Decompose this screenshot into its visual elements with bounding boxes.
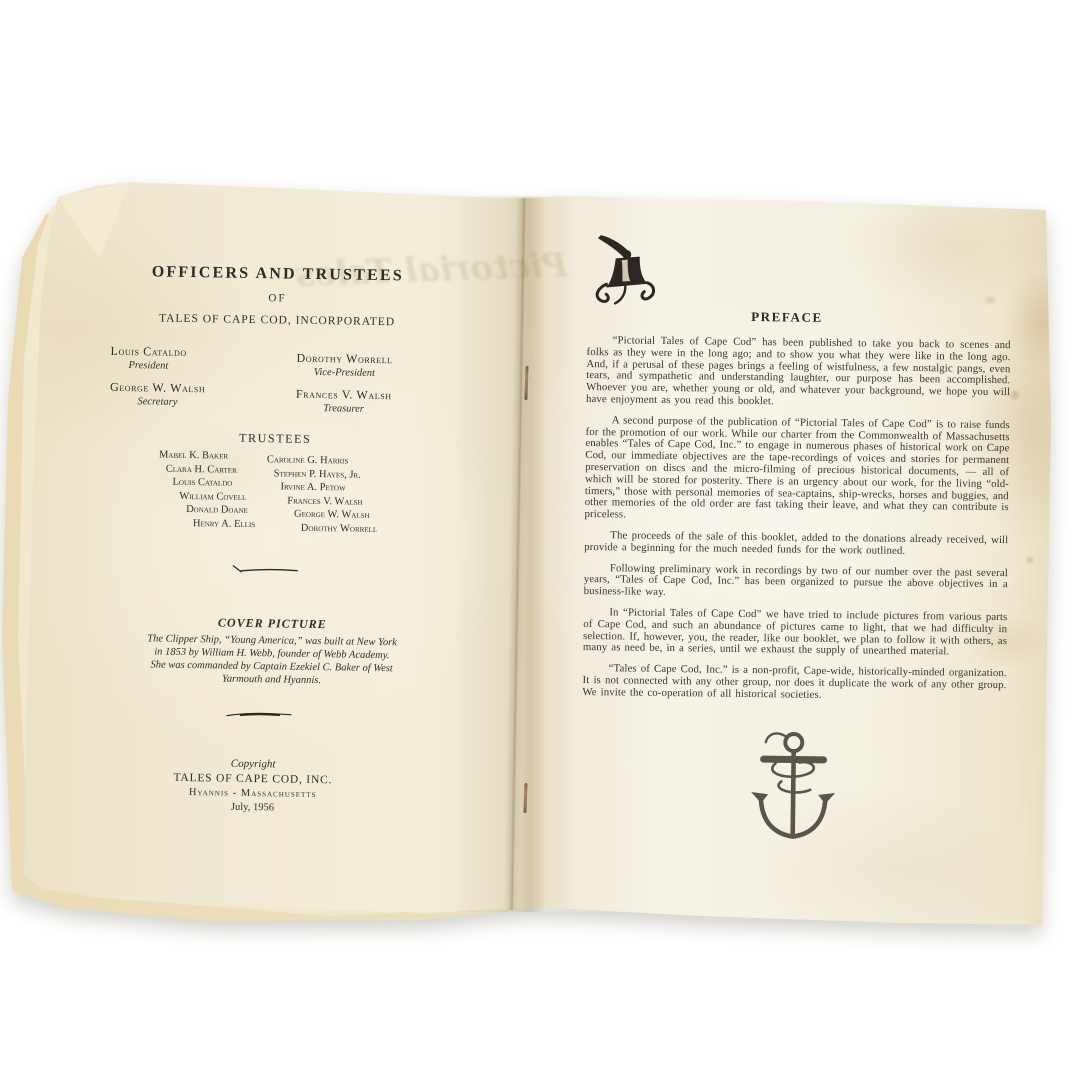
officer-entry: Louis Cataldo President xyxy=(110,344,187,372)
preface-body: “Pictorial Tales of Cape Cod” has been p… xyxy=(582,335,1010,704)
preface-paragraph: “Pictorial Tales of Cape Cod” has been p… xyxy=(586,335,1011,411)
trustee-name: Clara H. Carter xyxy=(166,462,237,477)
officer-entry: Frances V. Walsh Treasurer xyxy=(296,387,392,416)
officer-name: Frances V. Walsh xyxy=(296,387,392,404)
officer-role: President xyxy=(110,360,186,372)
organization-name: TALES OF CAPE COD, INCORPORATED xyxy=(61,311,493,330)
officers-list: Louis Cataldo President Dorothy Worrell … xyxy=(60,343,493,413)
cover-picture-caption: The Clipper Ship, “Young America,” was b… xyxy=(145,632,398,688)
officer-entry: Dorothy Worrell Vice-President xyxy=(296,351,393,380)
subtitle-of: OF xyxy=(61,289,493,308)
cover-picture-heading: COVER PICTURE xyxy=(56,613,488,635)
trustee-name: Louis Cataldo xyxy=(172,476,232,491)
trustees-heading: TRUSTEES xyxy=(59,428,491,450)
officer-role: Treasurer xyxy=(296,403,392,416)
trustees-column-left: Mabel K. BakerClara H. CarterLouis Catal… xyxy=(158,449,267,532)
divider-ornament xyxy=(223,709,295,720)
open-booklet: Pictorial Tales OFFICERS AND TRUSTEES OF… xyxy=(0,0,1080,1080)
officer-entry: George W. Walsh Secretary xyxy=(110,380,206,408)
trustee-name: Caroline G. Harris xyxy=(267,453,349,468)
officer-role: Vice-President xyxy=(296,367,392,380)
preface-paragraph: In “Pictorial Tales of Cape Cod” we have… xyxy=(583,607,1008,659)
trustee-name: Henry A. Ellis xyxy=(193,517,256,532)
trustees-list: Mabel K. BakerClara H. CarterLouis Catal… xyxy=(58,447,491,535)
anchor-icon xyxy=(580,726,1005,853)
officer-name: Louis Cataldo xyxy=(110,344,186,360)
preface-paragraph: The proceeds of the sale of this booklet… xyxy=(584,530,1008,559)
photo-of-open-booklet: Pictorial Tales OFFICERS AND TRUSTEES OF… xyxy=(0,0,1080,1080)
officer-name: George W. Walsh xyxy=(110,380,206,396)
bell-icon xyxy=(587,234,1012,318)
trustee-name: Mabel K. Baker xyxy=(159,449,228,464)
trustee-name: George W. Walsh xyxy=(294,508,370,523)
trustee-name: Stephen P. Hayes, Jr. xyxy=(274,467,361,482)
trustees-column-right: Caroline G. HarrisStephen P. Hayes, Jr.I… xyxy=(266,453,491,538)
left-page: OFFICERS AND TRUSTEES OF TALES OF CAPE C… xyxy=(53,262,494,816)
right-page: PREFACE “Pictorial Tales of Cape Cod” ha… xyxy=(580,234,1011,854)
trustee-name: Irvine A. Petow xyxy=(280,481,345,496)
trustee-name: William Covell xyxy=(179,490,246,505)
officer-name: Dorothy Worrell xyxy=(296,351,392,368)
copyright-block: Copyright TALES OF CAPE COD, INC. Hyanni… xyxy=(53,755,452,816)
officer-role: Secretary xyxy=(110,396,206,408)
divider-ornament xyxy=(229,563,301,574)
preface-paragraph: A second purpose of the publication of “… xyxy=(584,415,1009,526)
trustee-name: Donald Doane xyxy=(186,503,248,518)
preface-paragraph: Following preliminary work in recordings… xyxy=(584,563,1008,604)
trustee-name: Frances V. Walsh xyxy=(287,494,363,509)
preface-paragraph: “Tales of Cape Cod, Inc.” is a non-profi… xyxy=(582,663,1006,704)
trustee-name: Dorothy Worrell xyxy=(301,522,378,537)
